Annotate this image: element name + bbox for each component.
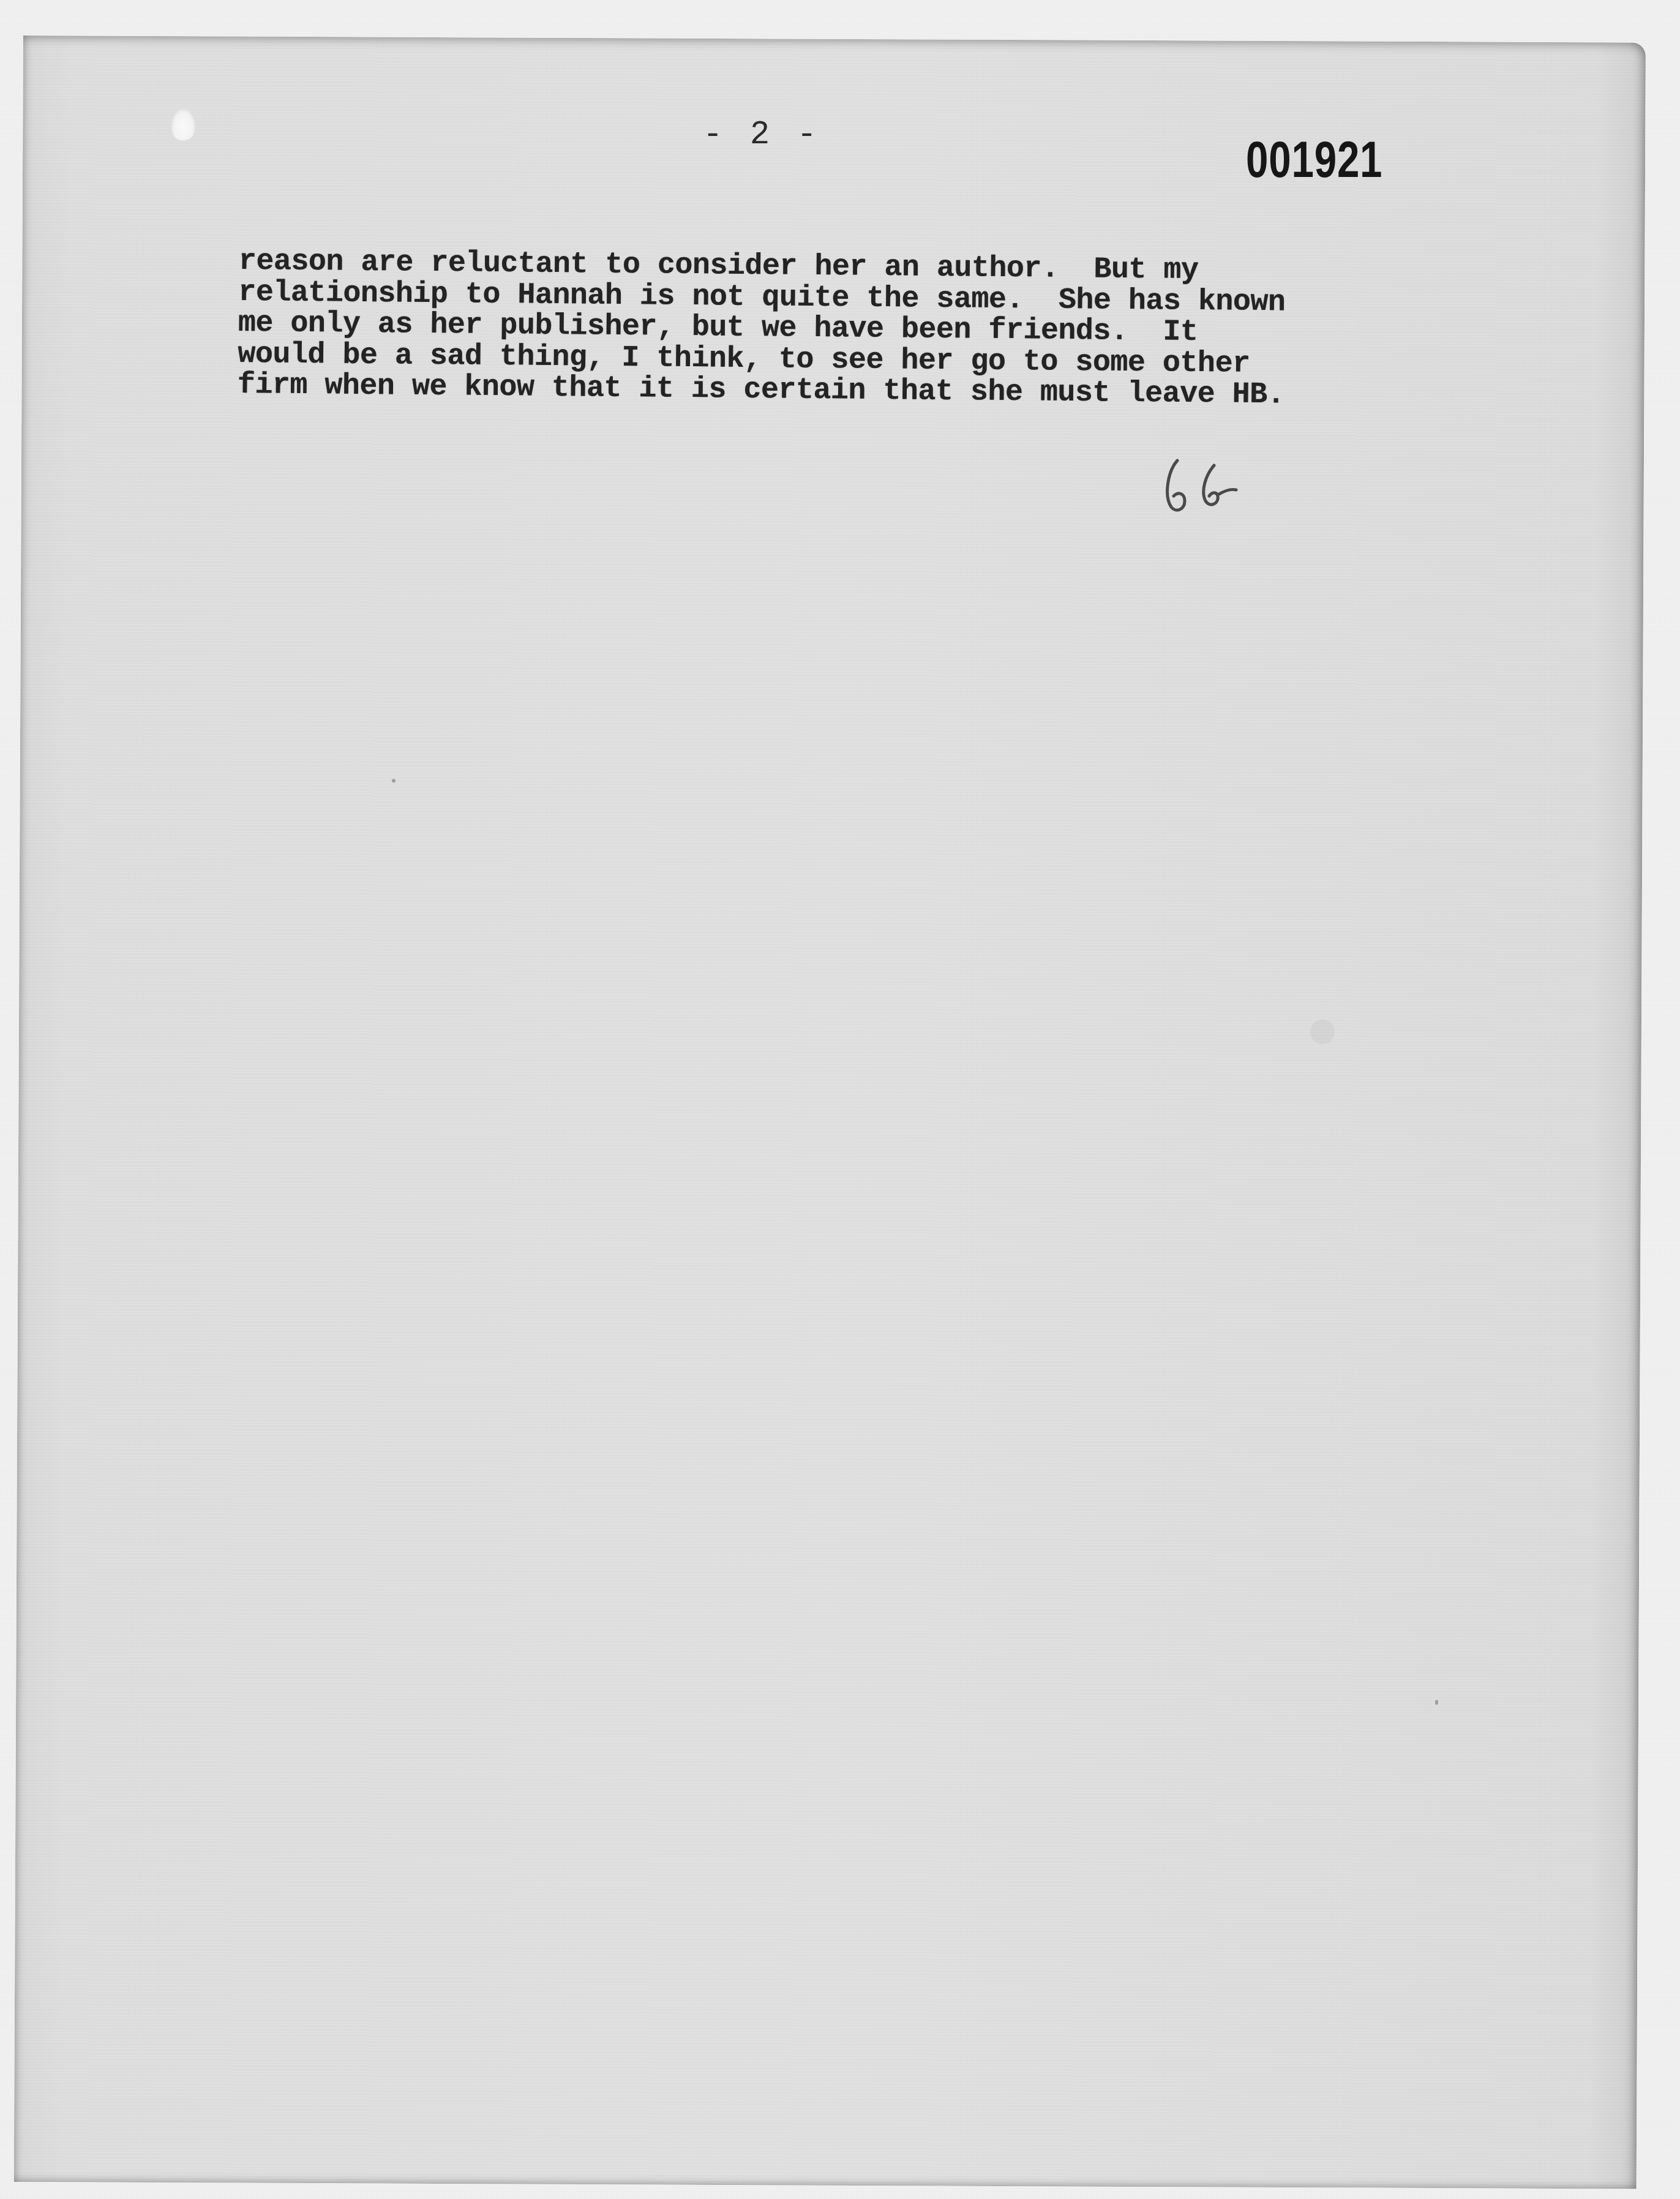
- document-number-stamp: 001921: [1246, 130, 1382, 189]
- handwritten-annotation: [1160, 453, 1246, 521]
- handwritten-66-glyph: [1160, 453, 1246, 521]
- page-number: - 2 -: [703, 116, 820, 154]
- punch-hole-mark: [171, 108, 195, 140]
- scan-speck: [1310, 1020, 1335, 1044]
- letter-body: reason are reluctant to consider her an …: [238, 246, 1286, 411]
- scan-speck: [392, 779, 396, 783]
- scan-speck: [1435, 1700, 1438, 1705]
